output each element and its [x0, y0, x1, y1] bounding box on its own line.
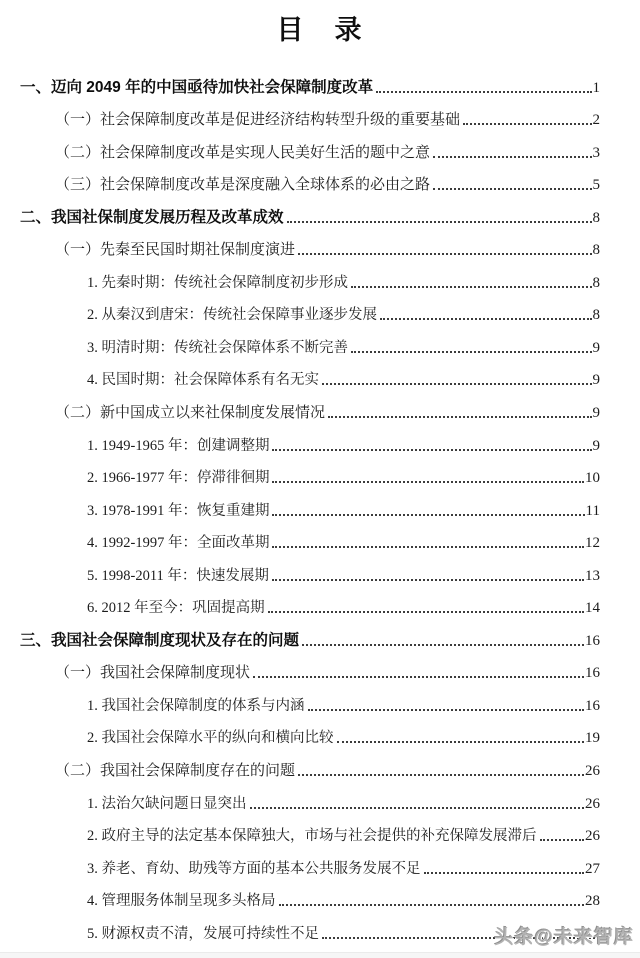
toc-page-number: 26 — [585, 828, 600, 846]
toc-page-number: 8 — [593, 210, 601, 228]
toc-page-number: 16 — [585, 665, 600, 683]
toc-leader-dots — [268, 611, 584, 613]
toc-entry-title: 3. 明清时期：传统社会保障体系不断完善 — [87, 336, 348, 358]
toc-page-number: 8 — [593, 275, 601, 293]
toc-leader-dots — [308, 709, 585, 711]
toc-page-number: 8 — [593, 242, 601, 260]
toc-page-number: 2 — [593, 112, 601, 130]
toc-entry: 1. 法治欠缺问题日显突出 26 — [0, 781, 640, 814]
toc-entry-title: （一）社会保障制度改革是促进经济结构转型升级的重要基础 — [55, 108, 460, 130]
toc-entry-title: 三、我国社会保障制度现状及存在的问题 — [20, 628, 299, 651]
toc-entry-title: （二）社会保障制度改革是实现人民美好生活的题中之意 — [55, 141, 430, 163]
toc-entry: 1. 1949-1965 年：创建调整期 9 — [0, 423, 640, 456]
toc-entry-title: 2. 1966-1977 年：停滞徘徊期 — [87, 466, 269, 488]
toc-entry: （二）社会保障制度改革是实现人民美好生活的题中之意 3 — [0, 130, 640, 163]
toc-entry: 三、我国社会保障制度现状及存在的问题 16 — [0, 618, 640, 651]
toc-entry-title: （一）先秦至民国时期社保制度演进 — [55, 238, 295, 260]
toc-leader-dots — [298, 774, 584, 776]
toc-entry-title: （二）我国社会保障制度存在的问题 — [55, 759, 295, 781]
toc-list: 一、迈向 2049 年的中国亟待加快社会保障制度改革 1 （一）社会保障制度改革… — [0, 65, 640, 944]
toc-entry-title: 1. 法治欠缺问题日显突出 — [87, 792, 247, 814]
toc-entry-title: 2. 我国社会保障水平的纵向和横向比较 — [87, 726, 334, 748]
toc-entry: 一、迈向 2049 年的中国亟待加快社会保障制度改革 1 — [0, 65, 640, 98]
toc-entry: （二）我国社会保障制度存在的问题 26 — [0, 748, 640, 781]
toc-entry-title: 2. 从秦汉到唐宋：传统社会保障事业逐步发展 — [87, 303, 377, 325]
toc-entry-title: （三）社会保障制度改革是深度融入全球体系的必由之路 — [55, 173, 430, 195]
toc-entry: （三）社会保障制度改革是深度融入全球体系的必由之路 5 — [0, 163, 640, 196]
toc-page-number: 16 — [585, 698, 600, 716]
toc-entry: （一）我国社会保障制度现状 16 — [0, 651, 640, 684]
toc-leader-dots — [302, 644, 584, 646]
toc-page-number: 14 — [585, 600, 600, 618]
toc-leader-dots — [337, 741, 585, 743]
watermark-text: 头条@未来智库 — [494, 922, 634, 949]
toc-entry: 2. 政府主导的法定基本保障独大，市场与社会提供的补充保障发展滞后 26 — [0, 814, 640, 847]
toc-page-number: 26 — [585, 763, 600, 781]
toc-leader-dots — [351, 286, 592, 288]
toc-leader-dots — [433, 188, 591, 190]
toc-page-number: 8 — [593, 307, 601, 325]
toc-leader-dots — [253, 676, 584, 678]
toc-page-number: 3 — [593, 145, 601, 163]
toc-entry: （一）先秦至民国时期社保制度演进 8 — [0, 228, 640, 261]
toc-leader-dots — [424, 872, 585, 874]
toc-leader-dots — [540, 839, 585, 841]
toc-entry-title: 2. 政府主导的法定基本保障独大，市场与社会提供的补充保障发展滞后 — [87, 824, 537, 846]
toc-leader-dots — [433, 156, 591, 158]
toc-entry: 1. 我国社会保障制度的体系与内涵 16 — [0, 683, 640, 716]
toc-entry: 3. 明清时期：传统社会保障体系不断完善 9 — [0, 325, 640, 358]
toc-entry-title: 3. 养老、育幼、助残等方面的基本公共服务发展不足 — [87, 857, 421, 879]
toc-entry: 3. 养老、育幼、助残等方面的基本公共服务发展不足 27 — [0, 846, 640, 879]
toc-page-number: 1 — [593, 80, 601, 98]
toc-leader-dots — [272, 481, 584, 483]
toc-leader-dots — [272, 449, 591, 451]
toc-page-number: 28 — [585, 893, 600, 911]
toc-entry-title: 4. 1992-1997 年：全面改革期 — [87, 531, 269, 553]
toc-entry: 2. 从秦汉到唐宋：传统社会保障事业逐步发展 8 — [0, 293, 640, 326]
toc-page-number: 9 — [593, 372, 601, 390]
toc-leader-dots — [279, 904, 585, 906]
toc-page-number: 19 — [585, 730, 600, 748]
toc-entry-title: 3. 1978-1991 年：恢复重建期 — [87, 499, 269, 521]
toc-entry-title: 6. 2012 年至今：巩固提高期 — [87, 596, 265, 618]
toc-entry-title: 1. 我国社会保障制度的体系与内涵 — [87, 694, 305, 716]
toc-entry: 4. 管理服务体制呈现多头格局 28 — [0, 879, 640, 912]
toc-leader-dots — [250, 807, 585, 809]
toc-entry: 2. 我国社会保障水平的纵向和横向比较 19 — [0, 716, 640, 749]
toc-page-number: 13 — [585, 568, 600, 586]
toc-leader-dots — [287, 221, 592, 223]
toc-entry: 4. 民国时期：社会保障体系有名无实 9 — [0, 358, 640, 391]
toc-entry-title: 4. 管理服务体制呈现多头格局 — [87, 889, 276, 911]
toc-leader-dots — [463, 123, 591, 125]
toc-entry: 6. 2012 年至今：巩固提高期 14 — [0, 586, 640, 619]
toc-entry: 5. 1998-2011 年：快速发展期 13 — [0, 553, 640, 586]
toc-entry: 2. 1966-1977 年：停滞徘徊期 10 — [0, 456, 640, 489]
toc-entry-title: 4. 民国时期：社会保障体系有名无实 — [87, 368, 319, 390]
toc-leader-dots — [272, 514, 584, 516]
toc-leader-dots — [272, 546, 584, 548]
toc-entry-title: 1. 先秦时期：传统社会保障制度初步形成 — [87, 271, 348, 293]
toc-entry-title: 二、我国社保制度发展历程及改革成效 — [20, 205, 284, 228]
toc-entry: 3. 1978-1991 年：恢复重建期 11 — [0, 488, 640, 521]
toc-entry: （一）社会保障制度改革是促进经济结构转型升级的重要基础 2 — [0, 98, 640, 131]
toc-entry-title: （一）我国社会保障制度现状 — [55, 661, 250, 683]
toc-entry: 4. 1992-1997 年：全面改革期 12 — [0, 521, 640, 554]
document-page: 目 录 一、迈向 2049 年的中国亟待加快社会保障制度改革 1 （一）社会保障… — [0, 0, 640, 958]
toc-page-number: 26 — [585, 796, 600, 814]
toc-leader-dots — [272, 579, 584, 581]
toc-leader-dots — [376, 91, 591, 93]
toc-page-number: 9 — [593, 405, 601, 423]
toc-leader-dots — [380, 318, 592, 320]
page-bottom-edge — [0, 952, 640, 958]
toc-page-number: 16 — [585, 633, 600, 651]
toc-entry: 二、我国社保制度发展历程及改革成效 8 — [0, 195, 640, 228]
toc-entry-title: 1. 1949-1965 年：创建调整期 — [87, 434, 269, 456]
page-title: 目 录 — [0, 8, 640, 47]
toc-page-number: 11 — [586, 503, 600, 521]
toc-entry-title: 一、迈向 2049 年的中国亟待加快社会保障制度改革 — [20, 75, 373, 98]
toc-entry: 1. 先秦时期：传统社会保障制度初步形成 8 — [0, 260, 640, 293]
toc-leader-dots — [328, 416, 591, 418]
toc-leader-dots — [351, 351, 592, 353]
toc-entry: （二）新中国成立以来社保制度发展情况 9 — [0, 390, 640, 423]
toc-page-number: 9 — [593, 340, 601, 358]
toc-entry-title: 5. 1998-2011 年：快速发展期 — [87, 564, 269, 586]
toc-page-number: 5 — [593, 177, 601, 195]
toc-entry-title: （二）新中国成立以来社保制度发展情况 — [55, 401, 325, 423]
toc-page-number: 27 — [585, 861, 600, 879]
toc-page-number: 10 — [585, 470, 600, 488]
toc-entry-title: 5. 财源权责不清，发展可持续性不足 — [87, 922, 319, 944]
toc-leader-dots — [298, 253, 591, 255]
toc-page-number: 12 — [585, 535, 600, 553]
toc-page-number: 9 — [593, 438, 601, 456]
toc-leader-dots — [322, 383, 592, 385]
